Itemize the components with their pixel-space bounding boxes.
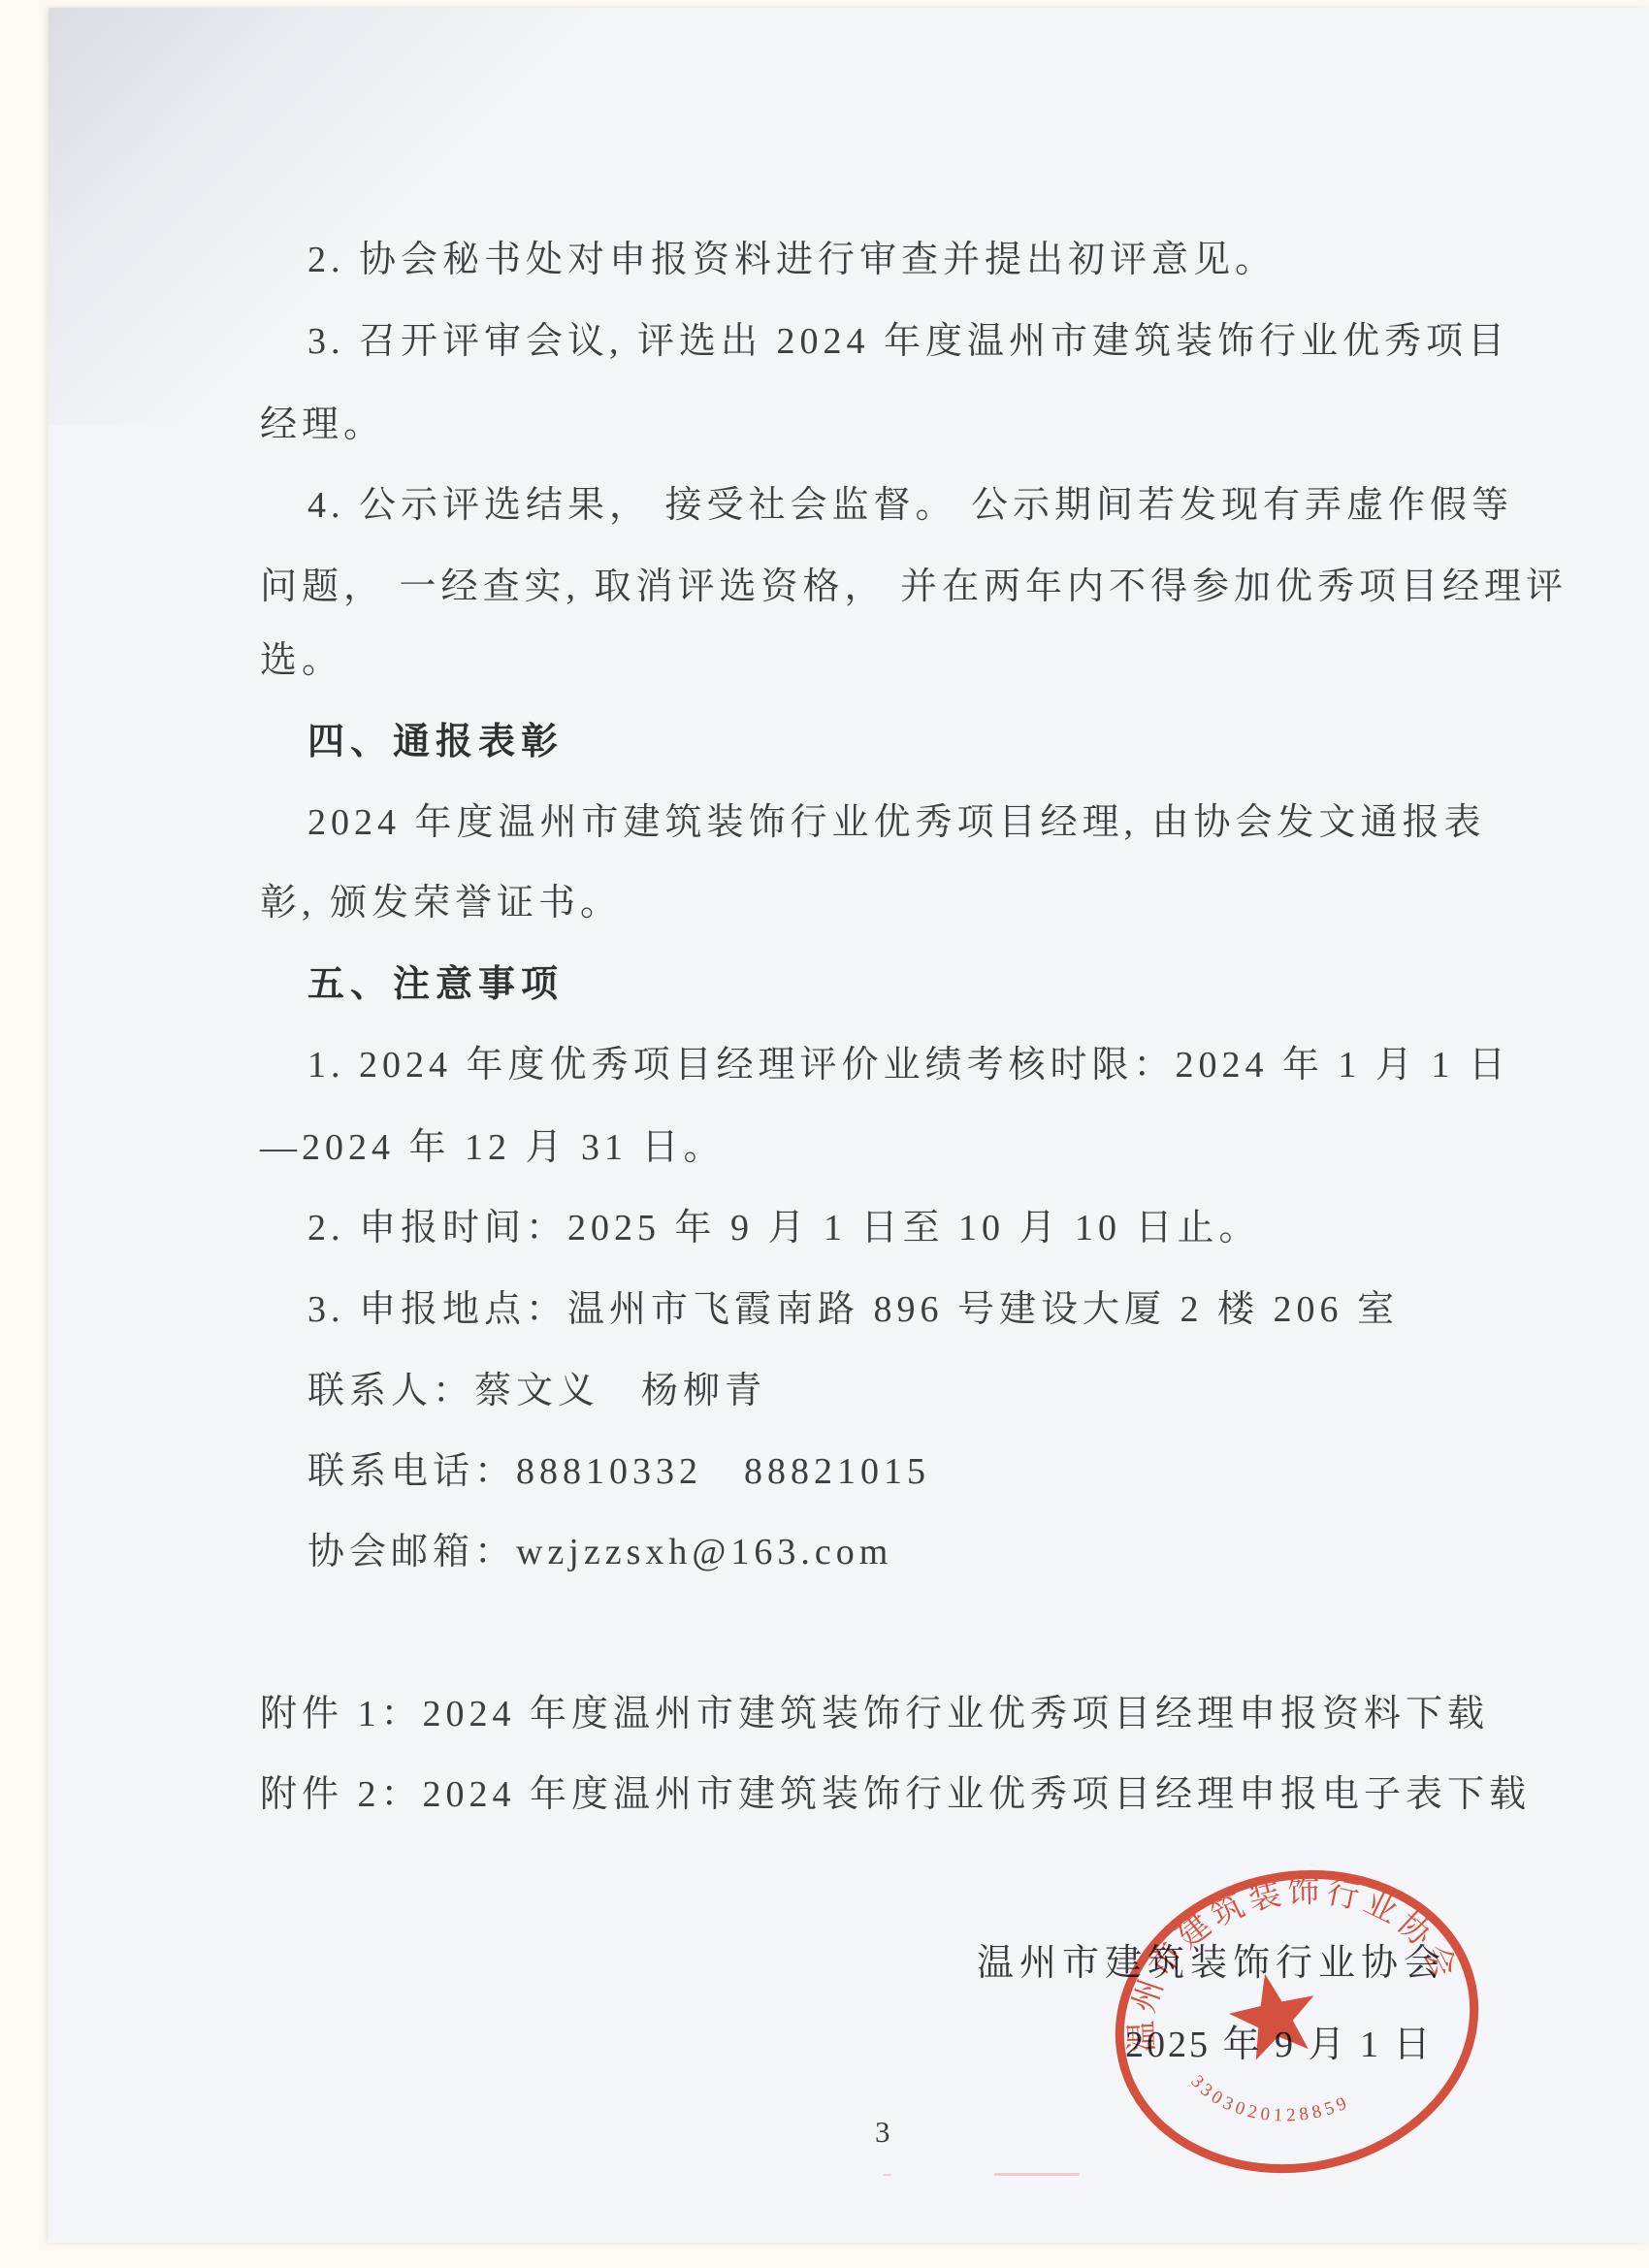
star-icon (1222, 1964, 1324, 2063)
text-line: 附件 1：2024 年度温州市建筑装饰行业优秀项目经理申报资料下载 (260, 1693, 1489, 1735)
official-seal-stamp: 温州市建筑装饰行业协会 3303020128859 (1111, 1868, 1483, 2175)
document-page: 2. 协会秘书处对申报资料进行审查并提出初评意见。3. 召开评审会议, 评选出 … (48, 8, 1649, 2243)
text-line: —2024 年 12 月 31 日。 (260, 1126, 726, 1169)
text-line: 问题， 一经查实, 取消评选资格， 并在两年内不得参加优秀项目经理评 (260, 566, 1568, 608)
text-line: 3. 申报地点：温州市飞霞南路 896 号建设大厦 2 楼 206 室 (307, 1288, 1399, 1331)
text-line: 联系电话：88810332 88821015 (307, 1450, 930, 1493)
section-heading: 五、注意事项 (307, 963, 564, 1006)
text-line: 3. 召开评审会议, 评选出 2024 年度温州市建筑装饰行业优秀项目 (307, 320, 1509, 363)
text-line: 联系人：蔡文义 杨柳青 (307, 1370, 766, 1412)
text-line: 1. 2024 年度优秀项目经理评价业绩考核时限：2024 年 1 月 1 日 (307, 1044, 1510, 1086)
scan-artifact-dot (883, 2174, 891, 2176)
scanned-document: { "meta": { "page_number": "3" }, "body"… (0, 0, 1649, 2268)
text-line: 2. 申报时间：2025 年 9 月 1 日至 10 月 10 日止。 (307, 1207, 1261, 1249)
text-line: 彰, 颁发荣誉证书。 (260, 882, 622, 924)
text-line: 2024 年度温州市建筑装饰行业优秀项目经理, 由协会发文通报表 (307, 801, 1486, 844)
page-number: 3 (875, 2115, 890, 2150)
text-line: 协会邮箱：wzjzzsxh@163.com (307, 1531, 892, 1573)
seal-serial-number: 3303020128859 (1184, 2043, 1352, 2148)
section-heading: 四、通报表彰 (307, 721, 564, 763)
seal-ring (1111, 1868, 1483, 2175)
scan-artifact-smudge (994, 2173, 1080, 2176)
text-line: 经理。 (260, 404, 385, 446)
text-line: 4. 公示评选结果， 接受社会监督。 公示期间若发现有弄虚作假等 (307, 484, 1513, 527)
text-line: 选。 (260, 639, 343, 682)
text-line: 附件 2：2024 年度温州市建筑装饰行业优秀项目经理申报电子表下载 (260, 1773, 1531, 1816)
text-line: 2. 协会秘书处对申报资料进行审查并提出初评意见。 (307, 239, 1277, 281)
